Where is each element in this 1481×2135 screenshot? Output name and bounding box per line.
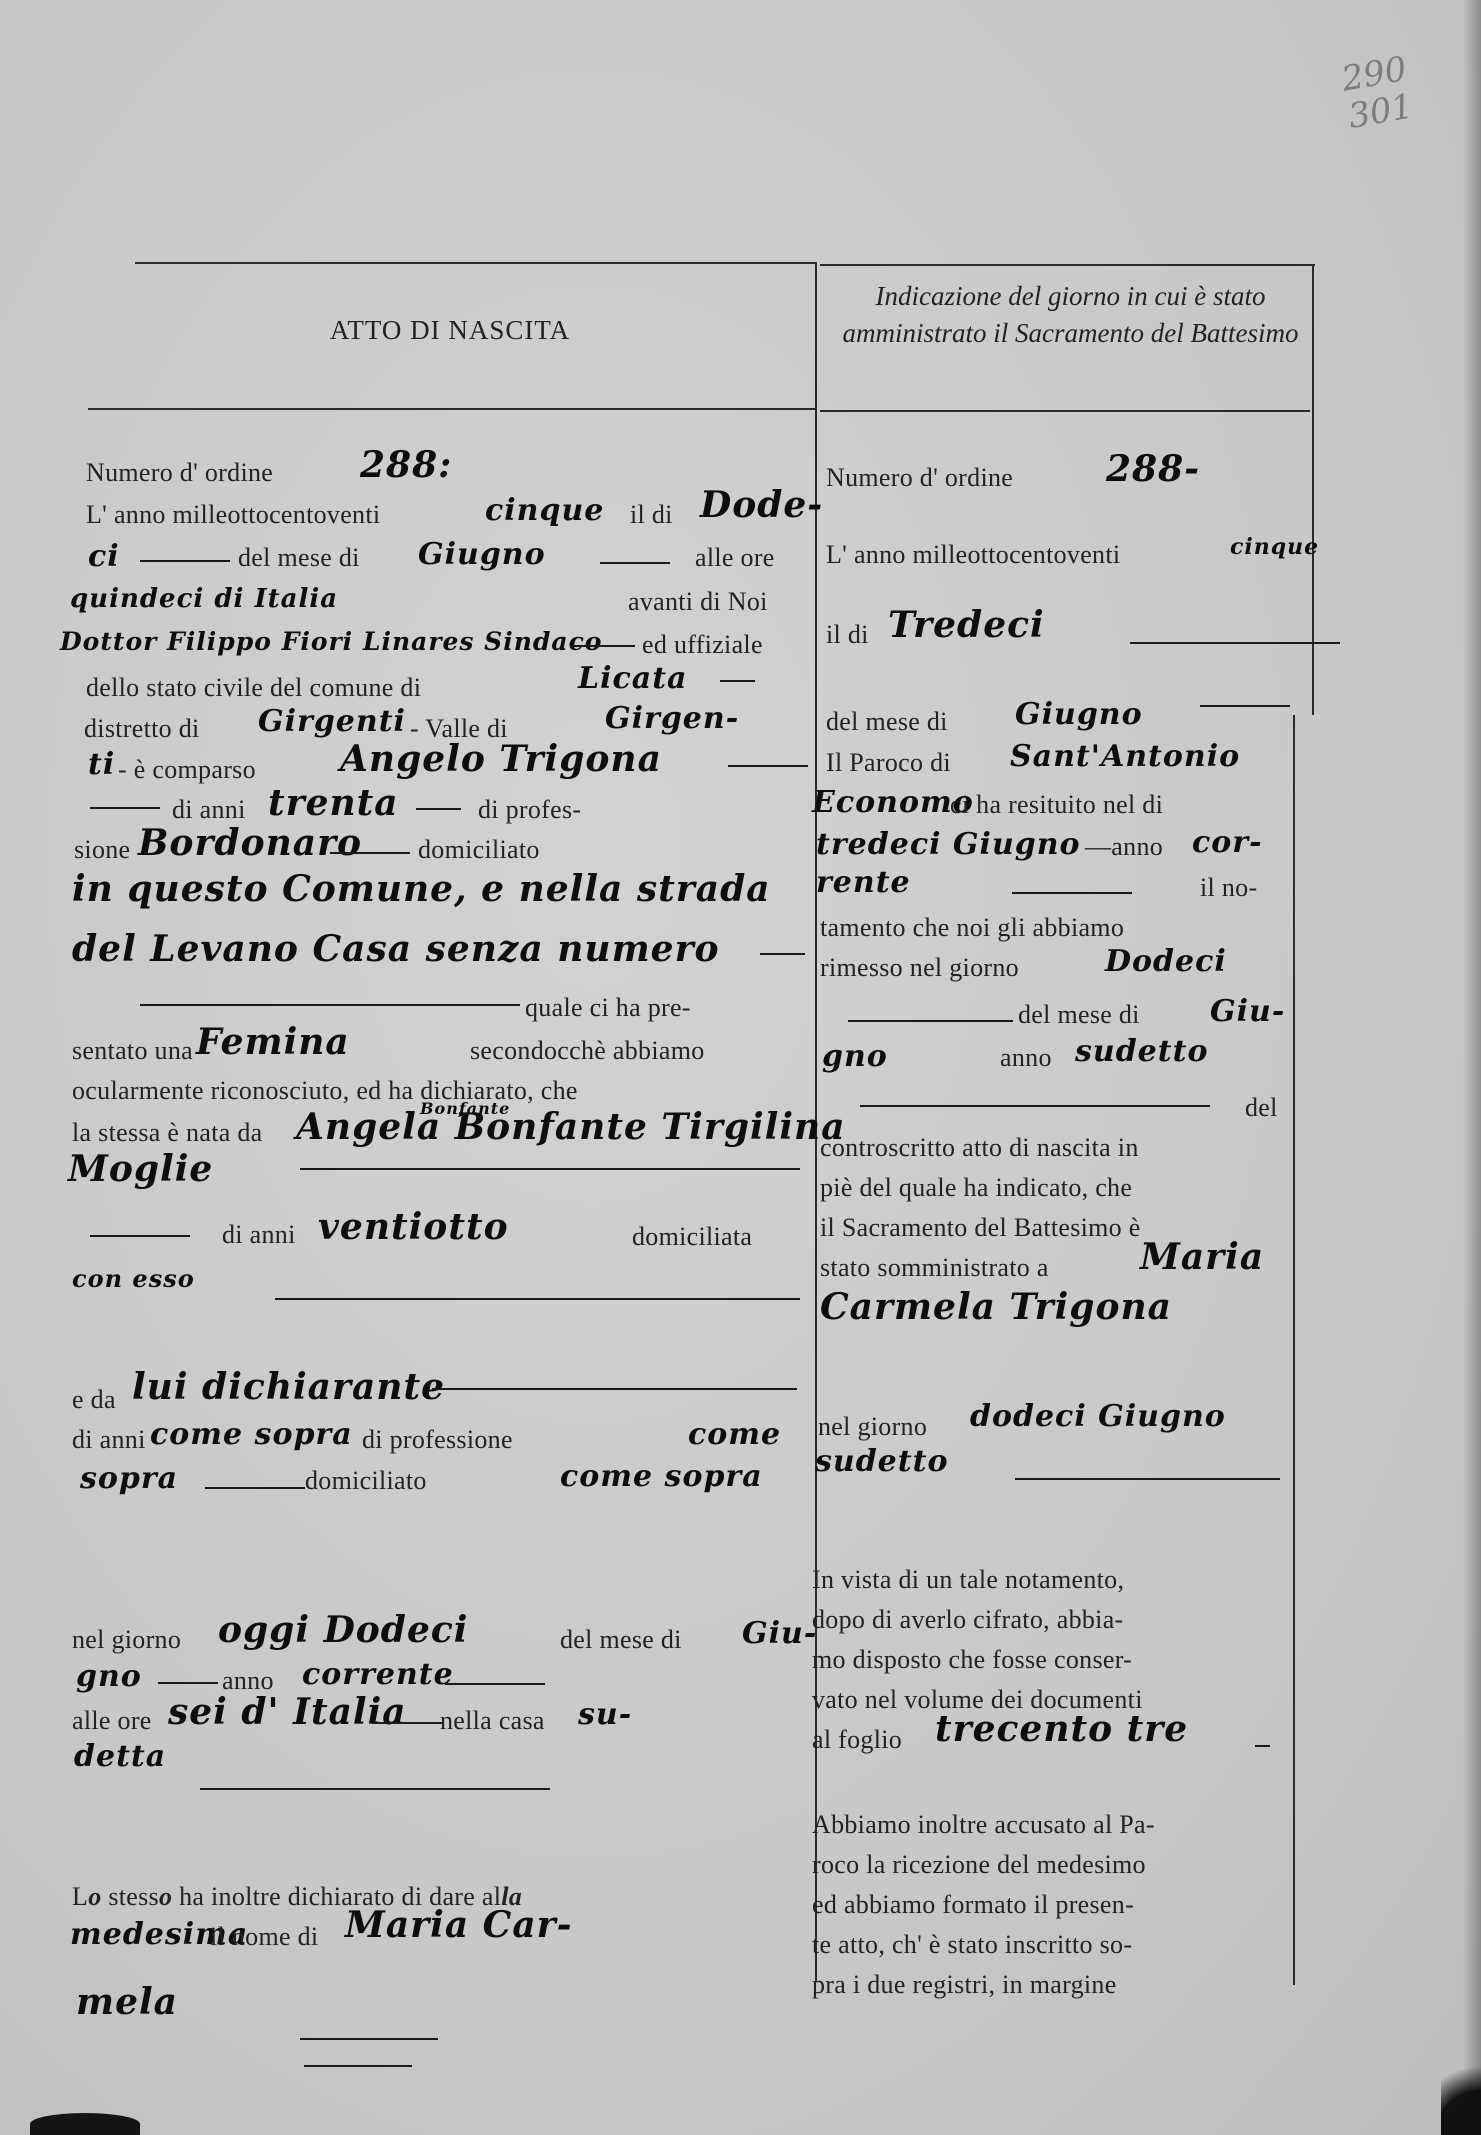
filler-line xyxy=(728,765,808,767)
right-giorno-value: Tredeci xyxy=(888,608,1045,642)
ore-value: quindeci di Italia xyxy=(70,582,338,616)
right-restituito-value: tredeci Giugno xyxy=(816,828,1081,862)
filler-line xyxy=(205,1487,305,1489)
ink-blot xyxy=(30,2113,140,2135)
header-rule-right xyxy=(820,410,1310,412)
presentato-label-a: quale ci ha pre- xyxy=(525,993,691,1023)
right-restituito-label: ci ha resituito nel di xyxy=(950,790,1163,820)
abbiamo-line-3: ed abbiamo formato il presen- xyxy=(812,1890,1134,1920)
filler-line xyxy=(330,852,410,854)
madre-annotation: Bonfante xyxy=(420,1092,510,1126)
domicilio-value-b: del Levano Casa senza numero xyxy=(72,932,720,966)
moglie-value: Moglie xyxy=(68,1152,213,1186)
right-numero-label: Numero d' ordine xyxy=(826,463,1013,493)
madre-anni-label: di anni xyxy=(222,1220,296,1250)
right-paroco-value: Sant'Antonio xyxy=(1010,740,1240,774)
abbiamo-line-2: roco la ricezione del medesimo xyxy=(812,1850,1146,1880)
domicilio-value-a: in questo Comune, e nella strada xyxy=(72,872,771,906)
padre-prof-value-b: sopra xyxy=(80,1462,178,1496)
numero-label: Numero d' ordine xyxy=(86,458,273,488)
filler-line xyxy=(1130,642,1340,644)
mese-value: Giugno xyxy=(418,538,546,572)
filler-line xyxy=(720,680,755,682)
valle-value-b: ti xyxy=(88,748,115,782)
nel-giorno-label: nel giorno xyxy=(72,1625,181,1655)
filler-line xyxy=(760,953,805,955)
professione-label-b: sione xyxy=(74,835,130,865)
controscritto-line-2: piè del quale ha indicato, che xyxy=(820,1173,1132,1203)
padre-value: lui dichiarante xyxy=(132,1370,445,1404)
closing-line xyxy=(304,2065,412,2067)
numero-value: 288: xyxy=(360,448,452,482)
professione-value: Bordonaro xyxy=(138,826,362,860)
presentato-label-b: sentato una xyxy=(72,1036,193,1066)
abbiamo-line-4: te atto, ch' è stato inscritto so- xyxy=(812,1930,1132,1960)
battezzato-value-a: Maria xyxy=(1140,1240,1264,1274)
right-mese-label: del mese di xyxy=(826,707,948,737)
closing-line xyxy=(300,2038,438,2040)
filler-line xyxy=(140,1004,520,1006)
madre-domicilio-value: con esso xyxy=(72,1262,195,1296)
foglio-value: trecento tre xyxy=(935,1712,1188,1746)
casa-label: nella casa xyxy=(440,1706,545,1736)
filler-line xyxy=(140,560,230,562)
nascita-giorno-value: oggi Dodeci xyxy=(218,1613,468,1647)
right-anno-cor-value-a: cor- xyxy=(1192,826,1263,860)
anni-label: di anni xyxy=(172,795,246,825)
filler-line xyxy=(300,1168,800,1170)
right-rimesso-mese-label: del mese di xyxy=(1018,1000,1140,1030)
filler-line xyxy=(570,645,635,647)
filler-line xyxy=(1012,892,1132,894)
page-corner-shadow xyxy=(1441,2045,1481,2135)
top-rule-right xyxy=(820,264,1315,266)
filler-line xyxy=(1255,1745,1270,1747)
nascita-ore-label: alle ore xyxy=(72,1706,152,1736)
giorno-value-a: Dode- xyxy=(700,488,823,522)
stessa-label: la stessa è nata da xyxy=(72,1118,263,1148)
right-rimesso-label: rimesso nel giorno xyxy=(820,953,1019,983)
filler-line xyxy=(1015,1478,1280,1480)
right-il-di-label: il di xyxy=(826,620,869,650)
filler-line xyxy=(90,1235,190,1237)
header-rule-left xyxy=(88,408,815,410)
abbiamo-line-1: Abbiamo inoltre accusato al Pa- xyxy=(812,1810,1155,1840)
filler-line xyxy=(600,562,670,564)
nascita-mese-value-a: Giu- xyxy=(742,1617,817,1651)
battesimo-giorno-value: dodeci Giugno xyxy=(970,1400,1226,1434)
comune-value: Licata xyxy=(578,662,688,696)
avanti-label: avanti di Noi xyxy=(628,587,768,617)
battesimo-giorno-label: nel giorno xyxy=(818,1412,927,1442)
right-border-lower xyxy=(1293,715,1295,1985)
battezzato-value-b: Carmela Trigona xyxy=(820,1290,1172,1324)
right-rimesso-mese-value-b: gno xyxy=(822,1040,888,1074)
nascita-mese-value-b: gno xyxy=(76,1660,142,1694)
filler-line xyxy=(90,807,160,809)
nome-value-b: mela xyxy=(76,1985,178,2019)
nascita-anno-value: corrente xyxy=(302,1658,454,1692)
right-mese-value: Giugno xyxy=(1015,698,1143,732)
right-anno-cor-value-b: rente xyxy=(816,866,911,900)
filler-line xyxy=(860,1105,1210,1107)
padre-dom-value: come sopra xyxy=(560,1460,763,1494)
filler-line xyxy=(372,1722,442,1724)
right-anno-label: L' anno milleottocentoventi xyxy=(826,540,1120,570)
casa-value-a: su- xyxy=(578,1698,632,1732)
madre-domicilio-label: domiciliata xyxy=(632,1222,752,1252)
abbiamo-line-5: pra i due registri, in margine xyxy=(812,1970,1117,2000)
anno-label: L' anno milleottocentoventi xyxy=(86,500,380,530)
controscritto-line-4: stato somministrato a xyxy=(820,1253,1049,1283)
filler-line xyxy=(200,1788,550,1790)
e-da-label: e da xyxy=(72,1385,116,1415)
foglio-label: al foglio xyxy=(812,1725,902,1755)
sesso-value: Femina xyxy=(196,1025,350,1059)
controscritto-line-3: il Sacramento del Battesimo è xyxy=(820,1213,1141,1243)
nascita-mese-label: del mese di xyxy=(560,1625,682,1655)
filler-line xyxy=(848,1020,1013,1022)
casa-value-b: detta xyxy=(74,1740,166,1774)
il-di-label: il di xyxy=(630,500,673,530)
comparso-label: - è comparso xyxy=(118,755,256,785)
page-edge-shadow xyxy=(1463,0,1481,2135)
left-column-title: ATTO DI NASCITA xyxy=(90,315,810,346)
anni-value: trenta xyxy=(268,786,399,820)
right-rimesso-anno-value: sudetto xyxy=(1075,1035,1209,1069)
secondo-label: secondocchè abbiamo xyxy=(470,1036,705,1066)
vista-line-2: dopo di averlo cifrato, abbia- xyxy=(812,1605,1124,1635)
right-rimesso-anno-label: anno xyxy=(1000,1043,1052,1073)
distretto-label: distretto di xyxy=(84,714,200,744)
vista-line-3: mo disposto che fosse conser- xyxy=(812,1645,1132,1675)
filler-line xyxy=(275,1298,800,1300)
padre-prof-value-a: come xyxy=(688,1418,781,1452)
right-anno-value: cinque xyxy=(1230,530,1319,564)
filler-line xyxy=(416,808,461,810)
right-notamento-label-a: il no- xyxy=(1200,873,1257,903)
filler-line xyxy=(432,1388,797,1390)
padre-dom-label: domiciliato xyxy=(305,1466,427,1496)
madre-anni-value: ventiotto xyxy=(318,1210,509,1244)
right-column-title: Indicazione del giorno in cui è stato am… xyxy=(818,278,1323,352)
nome-value-a: Maria Car- xyxy=(345,1908,573,1942)
right-rimesso-mese-value-a: Giu- xyxy=(1210,995,1285,1029)
right-del-label: del xyxy=(1245,1093,1278,1123)
right-rimesso-value: Dodeci xyxy=(1105,945,1227,979)
padre-anni-label: di anni xyxy=(72,1425,146,1455)
sindaco-value: Dottor Filippo Fiori Linares Sindaco xyxy=(60,625,602,659)
top-rule-left xyxy=(135,262,815,264)
ufficiale-label: ed uffiziale xyxy=(642,630,763,660)
archive-annotation: 290 301 xyxy=(1339,50,1416,136)
giorno-value-b: ci xyxy=(88,540,120,574)
mese-label: del mese di xyxy=(238,543,360,573)
filler-line xyxy=(1200,705,1290,707)
padre-prof-label: di professione xyxy=(362,1425,513,1455)
domiciliato-label: domiciliato xyxy=(418,835,540,865)
right-anno-cor-label: —anno xyxy=(1085,832,1163,862)
vista-line-1: In vista di un tale notamento, xyxy=(812,1565,1124,1595)
valle-value-a: Girgen- xyxy=(605,702,739,736)
right-notamento-label-b: tamento che noi gli abbiamo xyxy=(820,913,1124,943)
controscritto-line-1: controscritto atto di nascita in xyxy=(820,1133,1139,1163)
battesimo-giorno-value-b: sudetto xyxy=(815,1445,949,1479)
right-numero-value: 288- xyxy=(1106,452,1200,486)
right-paroco-label: Il Paroco di xyxy=(826,748,951,778)
comparso-value: Angelo Trigona xyxy=(340,742,662,776)
nome-label: il nome di xyxy=(210,1922,318,1952)
filler-line xyxy=(158,1682,218,1684)
distretto-value: Girgenti xyxy=(258,705,406,739)
ore-label: alle ore xyxy=(695,543,775,573)
padre-anni-value: come sopra xyxy=(150,1418,353,1452)
stato-civile-label: dello stato civile del comune di xyxy=(86,673,421,703)
nascita-ore-value: sei d' Italia xyxy=(168,1695,407,1729)
filler-line xyxy=(445,1683,545,1685)
anno-value: cinque xyxy=(485,494,604,528)
professione-label-a: di profes- xyxy=(478,795,581,825)
madre-value: Angela Bonfante Tirgilina xyxy=(296,1110,846,1144)
